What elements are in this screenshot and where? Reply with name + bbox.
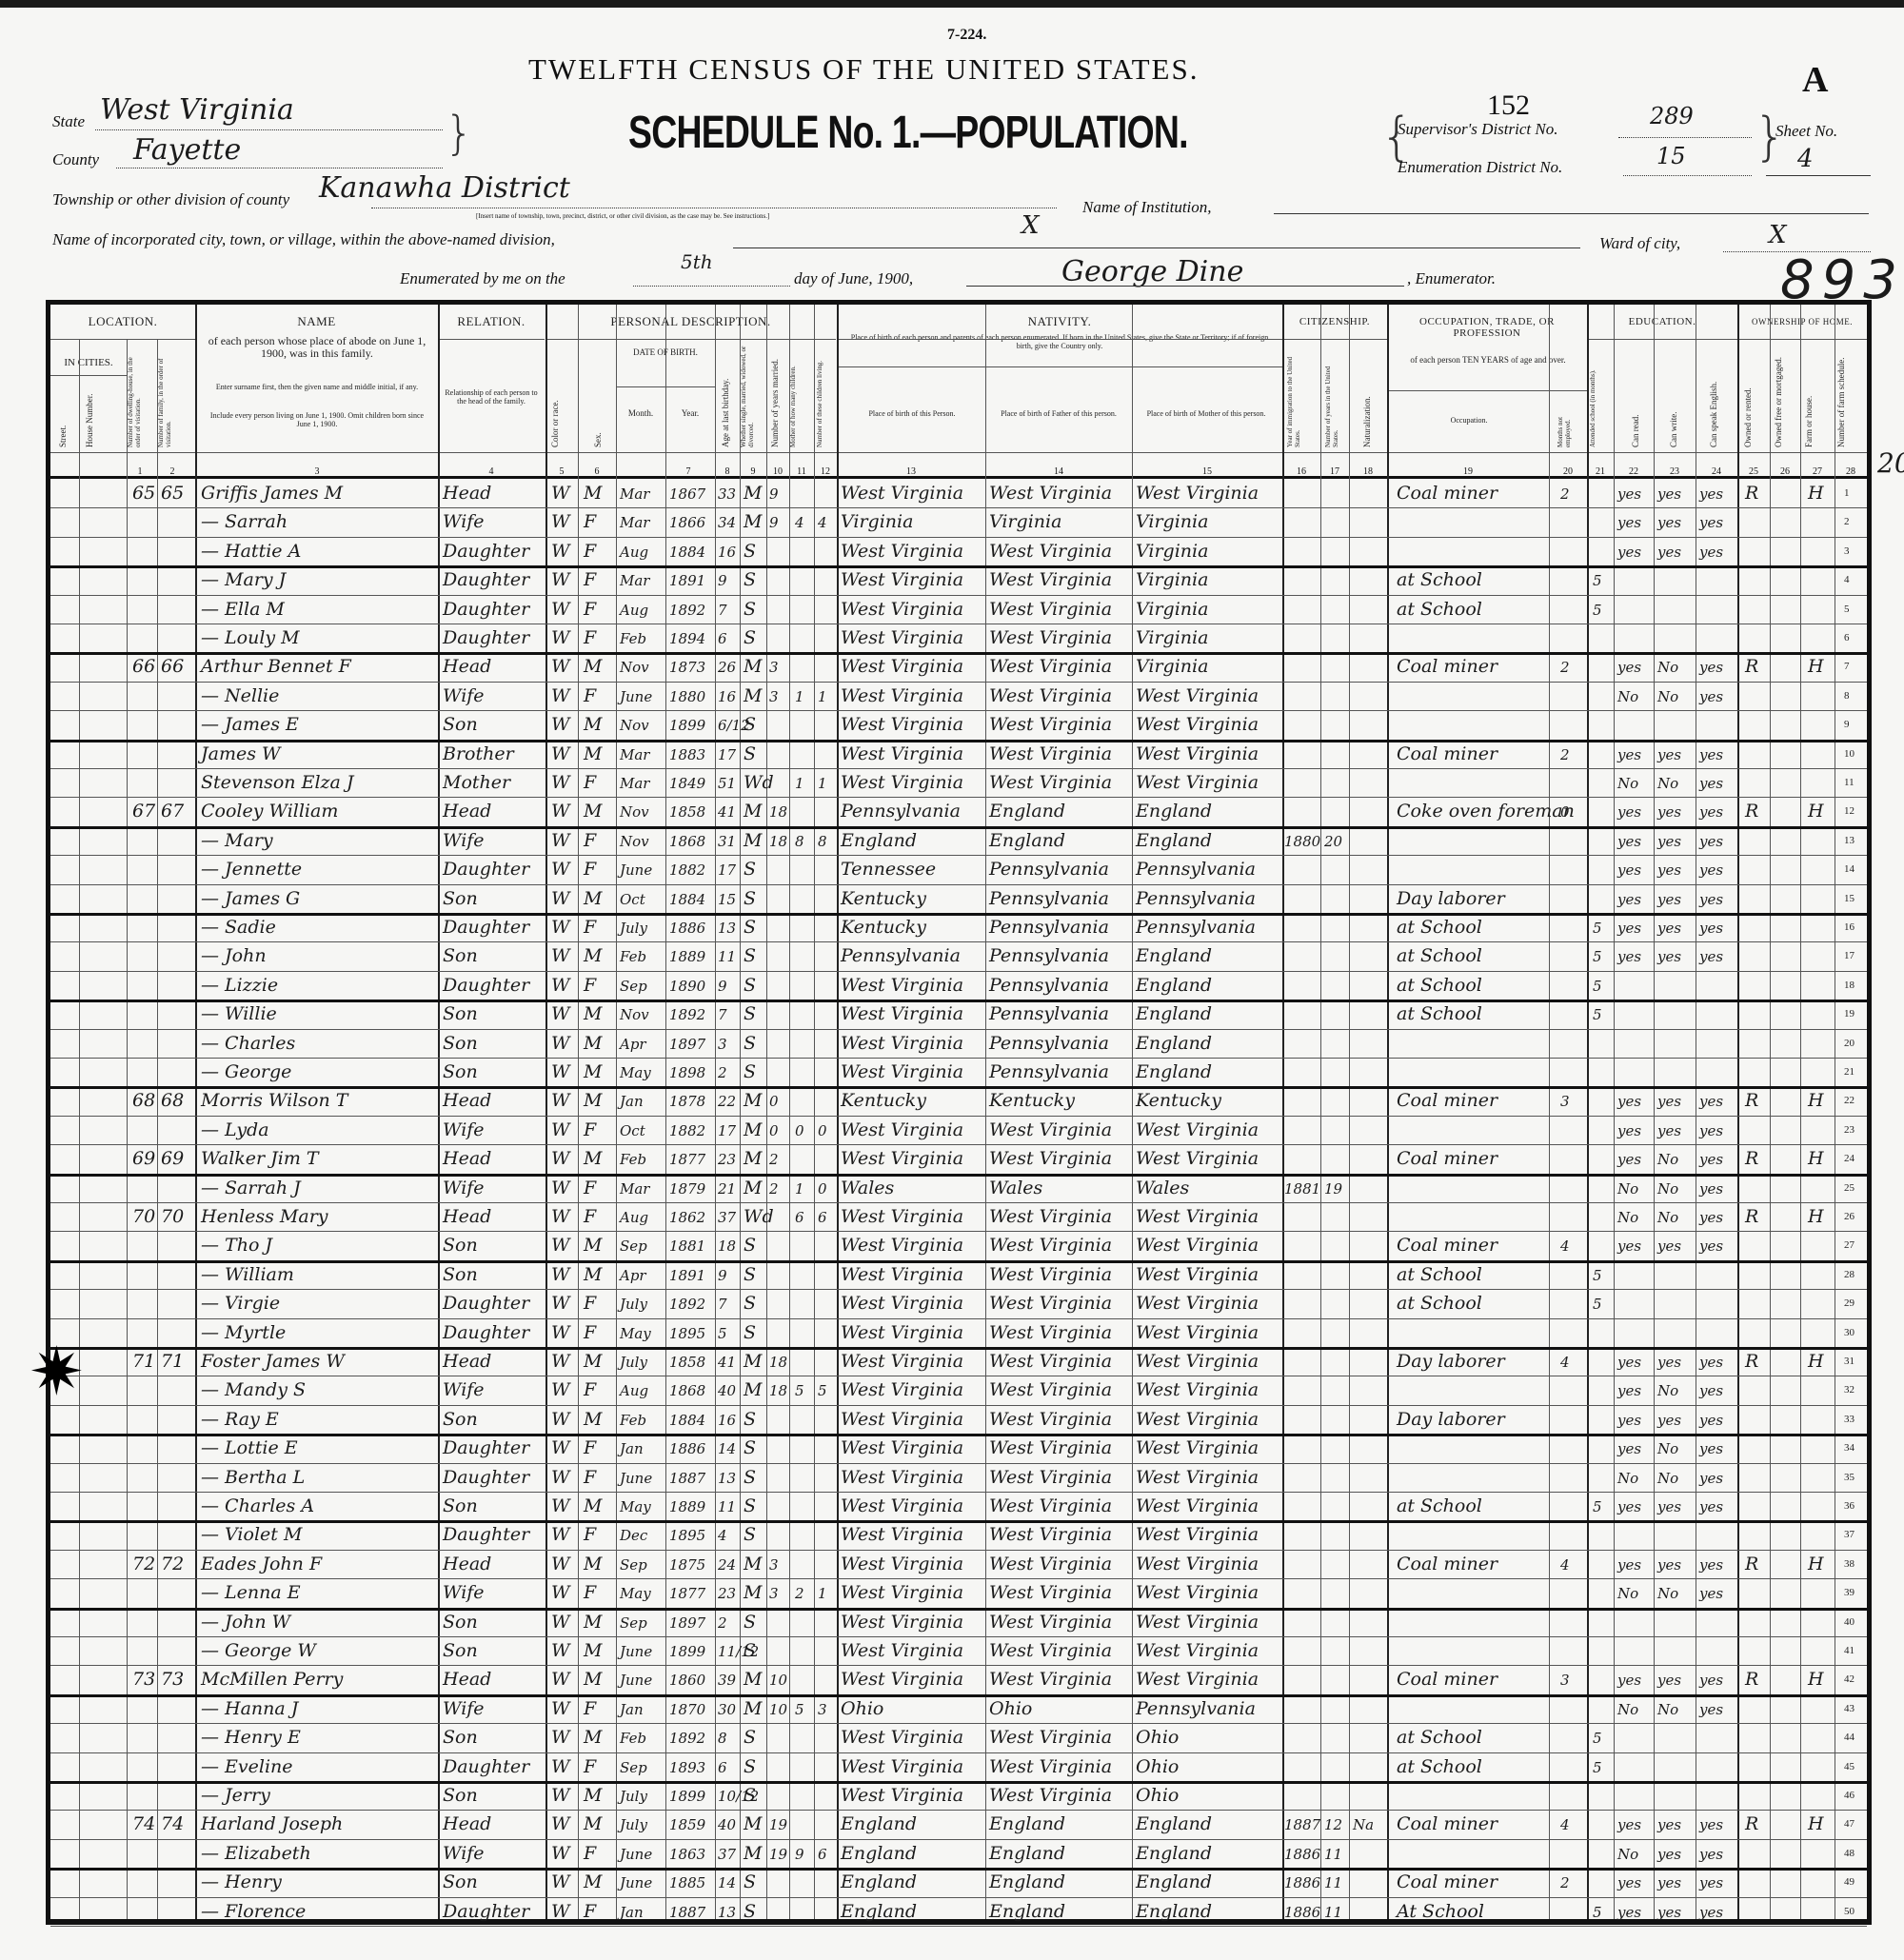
cell-age: 14 <box>718 1440 736 1457</box>
cell-color: W <box>551 859 570 880</box>
cell-sex: F <box>584 1901 596 1922</box>
cell-occ: At School <box>1397 1901 1484 1922</box>
cell-ym: 19 <box>769 1846 787 1863</box>
cell-mo: 1 <box>795 1180 804 1198</box>
cell-bf: Pennsylvania <box>989 1033 1109 1054</box>
cell-read: yes <box>1617 1440 1641 1457</box>
cell-yus: 20 <box>1324 833 1342 850</box>
cell-dw: 73 <box>132 1669 155 1690</box>
table-row: James WBrotherWMMar188317SWest VirginiaW… <box>50 740 1867 770</box>
cell-year: 1886 <box>669 1440 705 1457</box>
enumerator-name: George Dine <box>1061 255 1243 288</box>
cell-write: yes <box>1657 1556 1681 1574</box>
cell-ym: 2 <box>769 1180 779 1198</box>
cell-sex: M <box>584 1495 602 1516</box>
cell-name: — Charles <box>201 1033 295 1054</box>
cell-color: W <box>551 1409 570 1430</box>
line-number: 12 <box>1844 805 1854 817</box>
table-row: — Mandy SWifeWFAug186840M1855West Virgin… <box>50 1376 1867 1406</box>
header-mother-of: Mother of how many children. <box>789 343 808 447</box>
cell-color: W <box>551 1901 570 1922</box>
cell-color: W <box>551 801 570 822</box>
cell-name: — Mary J <box>201 569 286 590</box>
cell-month: June <box>620 1643 652 1660</box>
table-row: — EvelineDaughterWFSep18936SWest Virgini… <box>50 1752 1867 1783</box>
cell-farm: H <box>1808 1669 1824 1690</box>
line-number: 21 <box>1844 1066 1854 1078</box>
cell-own: R <box>1745 483 1758 504</box>
cell-rel: Daughter <box>443 1524 529 1545</box>
cell-mar: M <box>744 1843 762 1864</box>
cell-age: 33 <box>718 485 736 503</box>
cell-sch: 5 <box>1593 1904 1602 1921</box>
cell-occ: Coal miner <box>1397 1669 1497 1690</box>
cell-year: 1875 <box>669 1556 705 1574</box>
cell-month: Mar <box>620 1180 649 1198</box>
cell-age: 14 <box>718 1874 736 1891</box>
cell-fam: 71 <box>161 1351 184 1372</box>
column-number: 23 <box>1660 466 1689 477</box>
cell-bf: West Virginia <box>989 1264 1112 1285</box>
cell-eng: yes <box>1699 1412 1723 1429</box>
cell-rel: Wife <box>443 1582 485 1603</box>
cell-mar: S <box>744 1524 756 1545</box>
header-year: Year. <box>665 407 715 419</box>
cell-sex: M <box>584 1090 602 1111</box>
cell-bf: West Virginia <box>989 1206 1112 1227</box>
cell-month: Jan <box>620 1701 644 1718</box>
cell-bp: West Virginia <box>841 1582 963 1603</box>
table-row: — George WSonWMJune189911/12SWest Virgin… <box>50 1636 1867 1667</box>
cell-year: 1891 <box>669 1267 705 1284</box>
cell-color: W <box>551 1235 570 1256</box>
line-number: 22 <box>1844 1095 1854 1106</box>
cell-name: — Lottie E <box>201 1437 298 1458</box>
cell-bp: England <box>841 1843 917 1864</box>
cell-mar: M <box>744 1119 762 1140</box>
cell-color: W <box>551 1293 570 1314</box>
cell-sex: F <box>584 1524 596 1545</box>
line-number: 44 <box>1844 1732 1854 1743</box>
cell-color: W <box>551 1148 570 1169</box>
table-row: 7070Henless MaryHeadWFAug186237Wd66West … <box>50 1202 1867 1233</box>
cell-mar: M <box>744 1554 762 1574</box>
cell-name: — John <box>201 945 267 966</box>
cell-name: — Lyda <box>201 1119 269 1140</box>
cell-bm: West Virginia <box>1136 1495 1259 1516</box>
cell-year: 1879 <box>669 1180 705 1198</box>
state-line <box>95 129 443 130</box>
cell-sex: F <box>584 772 596 793</box>
cell-mar: S <box>744 1756 756 1777</box>
cell-write: yes <box>1657 861 1681 879</box>
cell-color: W <box>551 1871 570 1892</box>
enumerator-label: , Enumerator. <box>1407 269 1496 288</box>
cell-sex: M <box>584 743 602 764</box>
cell-bm: West Virginia <box>1136 1119 1259 1140</box>
cell-year: 1868 <box>669 1382 705 1399</box>
cell-year: 1885 <box>669 1874 705 1891</box>
table-row: 6868Morris Wilson THeadWMJan187822M0Kent… <box>50 1086 1867 1117</box>
supervisor-label: Supervisor's District No. <box>1398 120 1557 139</box>
column-number: 21 <box>1586 466 1615 477</box>
line-number: 19 <box>1844 1008 1854 1020</box>
header-family: Number of family, in the order of visita… <box>157 343 184 447</box>
schedule-title: SCHEDULE No. 1.—POPULATION. <box>628 107 1188 159</box>
cell-bp: West Virginia <box>841 1495 963 1516</box>
cell-read: yes <box>1617 891 1641 908</box>
cell-year: 1892 <box>669 1296 705 1313</box>
cell-farm: H <box>1808 1351 1824 1372</box>
cell-month: June <box>620 1470 652 1487</box>
cell-bp: Pennsylvania <box>841 945 961 966</box>
header-can-read: Can read. <box>1631 390 1640 447</box>
cell-year: 1870 <box>669 1701 705 1718</box>
cell-month: Jan <box>620 1904 644 1921</box>
cell-name: — Elizabeth <box>201 1843 311 1864</box>
cell-read: yes <box>1617 746 1641 763</box>
cell-sch: 5 <box>1593 1006 1602 1023</box>
cell-yus: 11 <box>1324 1846 1342 1863</box>
cell-bm: West Virginia <box>1136 1524 1259 1545</box>
cell-year: 1878 <box>669 1093 705 1110</box>
header-years-us: Number of years in the United States. <box>1324 347 1349 447</box>
cell-mar: M <box>744 1582 762 1603</box>
cell-bp: West Virginia <box>841 1756 963 1777</box>
cell-rel: Son <box>443 1235 478 1256</box>
cell-bp: West Virginia <box>841 1119 963 1140</box>
cell-occ: Coal miner <box>1397 743 1497 764</box>
table-row: — James GSonWMOct188415SKentuckyPennsylv… <box>50 884 1867 915</box>
cell-sex: F <box>584 1119 596 1140</box>
scan-edge <box>0 0 1904 8</box>
cell-bp: West Virginia <box>841 1785 963 1806</box>
cell-own: R <box>1745 1554 1758 1574</box>
cell-bp: Kentucky <box>841 917 926 938</box>
cell-year: 1895 <box>669 1527 705 1544</box>
header-citizenship: CITIZENSHIP. <box>1282 316 1387 327</box>
table-row: — MyrtleDaughterWFMay18955SWest Virginia… <box>50 1318 1867 1349</box>
cell-month: Oct <box>620 1122 645 1139</box>
cell-age: 26 <box>718 659 736 676</box>
cell-year: 1849 <box>669 775 705 792</box>
column-number: 27 <box>1803 466 1832 477</box>
table-row: — James ESonWMNov18996/12SWest VirginiaW… <box>50 710 1867 741</box>
cell-year: 1895 <box>669 1325 705 1342</box>
cell-bp: West Virginia <box>841 599 963 620</box>
header-relation-desc: Relationship of each person to the head … <box>441 388 542 406</box>
cell-sex: M <box>584 801 602 822</box>
cell-month: Nov <box>620 1006 649 1023</box>
cell-write: yes <box>1657 1904 1681 1921</box>
cell-unemp: 2 <box>1560 485 1570 503</box>
line-number: 5 <box>1844 604 1850 615</box>
line-number: 47 <box>1844 1818 1854 1830</box>
cell-unemp: 4 <box>1560 1816 1570 1833</box>
cell-year: 1884 <box>669 544 705 561</box>
cell-mo: 5 <box>795 1701 804 1718</box>
cell-eng: yes <box>1699 1093 1723 1110</box>
cell-color: W <box>551 656 570 677</box>
cell-name: — Willie <box>201 1003 277 1024</box>
cell-occ: Coal miner <box>1397 483 1497 504</box>
cell-sex: M <box>584 1264 602 1285</box>
cell-month: June <box>620 688 652 705</box>
cell-bf: England <box>989 1813 1065 1834</box>
line-number: 6 <box>1844 632 1850 643</box>
cell-mar: S <box>744 1495 756 1516</box>
cell-sex: F <box>584 511 596 532</box>
cell-month: Aug <box>620 544 648 561</box>
cell-color: W <box>551 1322 570 1343</box>
cell-read: No <box>1617 1846 1638 1863</box>
header-marital: Whether single, married, widowed, or div… <box>740 343 761 447</box>
table-row: — Bertha LDaughterWFJune188713SWest Virg… <box>50 1463 1867 1494</box>
township-value: Kanawha District <box>319 171 570 205</box>
column-number: 15 <box>1193 466 1221 477</box>
table-row: — SarrahWifeWFMar186634M944VirginiaVirgi… <box>50 507 1867 538</box>
cell-fam: 68 <box>161 1090 184 1111</box>
cell-sex: M <box>584 1727 602 1748</box>
cell-bm: England <box>1136 1813 1212 1834</box>
cell-age: 9 <box>718 1267 727 1284</box>
cell-bp: West Virginia <box>841 1322 963 1343</box>
cell-month: June <box>620 1846 652 1863</box>
table-row: — Charles ASonWMMay188911SWest VirginiaW… <box>50 1492 1867 1522</box>
cell-bp: Kentucky <box>841 888 926 909</box>
sheet-letter: A <box>1802 59 1828 101</box>
cell-name: — Sarrah <box>201 511 288 532</box>
cell-farm: H <box>1808 656 1824 677</box>
cell-farm: H <box>1808 801 1824 822</box>
cell-name: — Virgie <box>201 1293 280 1314</box>
table-row: — JohnSonWMFeb188911SPennsylvaniaPennsyl… <box>50 941 1867 972</box>
state-label: State <box>52 112 85 131</box>
cell-mo: 0 <box>795 1122 804 1139</box>
cell-mar: M <box>744 1090 762 1111</box>
cell-color: W <box>551 1090 570 1111</box>
cell-ch: 5 <box>818 1382 827 1399</box>
cell-year: 1897 <box>669 1036 705 1053</box>
cell-color: W <box>551 1351 570 1372</box>
cell-bf: West Virginia <box>989 1467 1112 1488</box>
cell-write: yes <box>1657 920 1681 937</box>
cell-fam: 72 <box>161 1554 184 1574</box>
cell-rel: Son <box>443 1640 478 1661</box>
cell-ch: 8 <box>818 833 827 850</box>
cell-sex: F <box>584 685 596 706</box>
cell-month: Sep <box>620 1759 647 1776</box>
cell-bp: England <box>841 1871 917 1892</box>
cell-rel: Head <box>443 656 491 677</box>
cell-color: W <box>551 1843 570 1864</box>
cell-sex: F <box>584 569 596 590</box>
cell-write: No <box>1657 1470 1678 1487</box>
cell-year: 1862 <box>669 1209 705 1226</box>
cell-bp: West Virginia <box>841 1061 963 1082</box>
cell-name: — Jerry <box>201 1785 270 1806</box>
header-months-unemployed: Months not employed. <box>1557 395 1581 447</box>
cell-yus: 12 <box>1324 1816 1342 1833</box>
cell-occ: at School <box>1397 569 1482 590</box>
cell-color: W <box>551 1813 570 1834</box>
cell-rel: Daughter <box>443 1901 529 1922</box>
cell-bm: West Virginia <box>1136 1409 1259 1430</box>
cell-bp: West Virginia <box>841 685 963 706</box>
cell-mar: S <box>744 1727 756 1748</box>
line-number: 26 <box>1844 1211 1854 1222</box>
cell-year: 1889 <box>669 1498 705 1515</box>
cell-write: No <box>1657 1180 1678 1198</box>
cell-bm: West Virginia <box>1136 1351 1259 1372</box>
cell-occ: Day laborer <box>1397 1409 1505 1430</box>
cell-name: — Bertha L <box>201 1467 305 1488</box>
header-name-desc: of each person whose place of abode on J… <box>208 335 426 360</box>
table-row: — HenrySonWMJune188514SEnglandEnglandEng… <box>50 1868 1867 1898</box>
cell-name: — Violet M <box>201 1524 302 1545</box>
cell-year: 1899 <box>669 717 705 734</box>
line-number: 18 <box>1844 980 1854 991</box>
table-row: — VirgieDaughterWFJuly18927SWest Virgini… <box>50 1289 1867 1319</box>
cell-eng: yes <box>1699 833 1723 850</box>
cell-unemp: 4 <box>1560 1237 1570 1255</box>
cell-name: — Charles A <box>201 1495 314 1516</box>
cell-name: — Sadie <box>201 917 276 938</box>
cell-unemp: 4 <box>1560 1556 1570 1574</box>
cell-write: No <box>1657 1701 1678 1718</box>
cell-rel: Head <box>443 1148 491 1169</box>
table-row: — JerrySonWMJuly189910/12SWest VirginiaW… <box>50 1781 1867 1812</box>
cell-bm: West Virginia <box>1136 1379 1259 1400</box>
cell-sex: M <box>584 656 602 677</box>
cell-age: 6 <box>718 630 727 647</box>
cell-bf: West Virginia <box>989 1640 1112 1661</box>
cell-age: 30 <box>718 1701 736 1718</box>
cell-bf: West Virginia <box>989 1379 1112 1400</box>
cell-age: 39 <box>718 1672 736 1689</box>
cell-bp: Virginia <box>841 511 913 532</box>
cell-unemp: 3 <box>1560 1672 1570 1689</box>
cell-age: 16 <box>718 544 736 561</box>
cell-bp: West Virginia <box>841 483 963 504</box>
header-dwelling: Number of dwelling-house, in the order o… <box>127 343 153 447</box>
cell-read: yes <box>1617 920 1641 937</box>
cell-own: R <box>1745 801 1758 822</box>
header-children-living: Number of these children living. <box>816 343 835 447</box>
cell-bp: Wales <box>841 1178 894 1198</box>
header-farm-house: Farm or house. <box>1804 362 1814 447</box>
header-attended-school: Attended school (in months). <box>1589 347 1614 447</box>
line-number: 32 <box>1844 1384 1854 1396</box>
cell-sex: F <box>584 1437 596 1458</box>
cell-month: Sep <box>620 1237 647 1255</box>
cell-age: 11 <box>718 1498 736 1515</box>
cell-occ: at School <box>1397 1756 1482 1777</box>
cell-sch: 5 <box>1593 572 1602 589</box>
cell-read: yes <box>1617 861 1641 879</box>
cell-bm: Kentucky <box>1136 1090 1221 1111</box>
cell-bp: West Virginia <box>841 569 963 590</box>
cell-bf: West Virginia <box>989 1235 1112 1256</box>
rule <box>50 339 195 340</box>
column-number: 7 <box>674 466 703 477</box>
cell-year: 1887 <box>669 1904 705 1921</box>
cell-age: 24 <box>718 1556 736 1574</box>
table-row: — Hattie ADaughterWFAug188416SWest Virgi… <box>50 537 1867 567</box>
cell-rel: Head <box>443 801 491 822</box>
cell-read: No <box>1617 1701 1638 1718</box>
day-of-june-label: day of June, 1900, <box>794 269 913 288</box>
cell-name: Cooley William <box>201 801 338 822</box>
cell-month: Feb <box>620 1412 646 1429</box>
cell-year: 1859 <box>669 1816 705 1833</box>
cell-rel: Daughter <box>443 599 529 620</box>
cell-bp: England <box>841 1901 917 1922</box>
cell-name: — John W <box>201 1612 290 1633</box>
cell-bf: West Virginia <box>989 714 1112 735</box>
line-number: 3 <box>1844 545 1850 557</box>
cell-rel: Head <box>443 483 491 504</box>
cell-write: yes <box>1657 514 1681 531</box>
cell-occ: Coal miner <box>1397 1148 1497 1169</box>
line-number: 2 <box>1844 516 1850 527</box>
cell-year: 1884 <box>669 1412 705 1429</box>
cell-eng: yes <box>1699 514 1723 531</box>
cell-bm: England <box>1136 945 1212 966</box>
cell-name: Harland Joseph <box>201 1813 343 1834</box>
cell-bp: West Virginia <box>841 975 963 996</box>
stamp-number: 152 <box>1487 89 1530 122</box>
cell-mo: 2 <box>795 1585 804 1602</box>
cell-eng: yes <box>1699 920 1723 937</box>
cell-bm: Virginia <box>1136 541 1208 562</box>
cell-mo: 4 <box>795 514 804 531</box>
table-row: 6666Arthur Bennet FHeadWMNov187326M3West… <box>50 652 1867 683</box>
county-label: County <box>52 150 99 169</box>
cell-occ: at School <box>1397 599 1482 620</box>
cell-bf: Wales <box>989 1178 1042 1198</box>
column-number: 24 <box>1702 466 1731 477</box>
cell-age: 9 <box>718 572 727 589</box>
cell-bm: Virginia <box>1136 599 1208 620</box>
cell-name: Eades John F <box>201 1554 322 1574</box>
cell-color: W <box>551 1554 570 1574</box>
cell-eng: yes <box>1699 1498 1723 1515</box>
enumeration-day: 5th <box>681 250 713 273</box>
cell-sch: 5 <box>1593 602 1602 619</box>
cell-color: W <box>551 1698 570 1719</box>
cell-eng: yes <box>1699 1354 1723 1371</box>
cell-rel: Wife <box>443 1379 485 1400</box>
cell-rel: Daughter <box>443 1756 529 1777</box>
cell-read: yes <box>1617 1354 1641 1371</box>
cell-ym: 19 <box>769 1816 787 1833</box>
cell-age: 40 <box>718 1816 736 1833</box>
cell-name: — George <box>201 1061 291 1082</box>
cell-age: 6 <box>718 1759 727 1776</box>
cell-bm: England <box>1136 830 1212 851</box>
cell-mar: S <box>744 1612 756 1633</box>
cell-color: W <box>551 1640 570 1661</box>
cell-occ: at School <box>1397 1264 1482 1285</box>
city-label: Name of incorporated city, town, or vill… <box>52 230 555 249</box>
column-number: 18 <box>1354 466 1382 477</box>
cell-color: W <box>551 1264 570 1285</box>
cell-bm: West Virginia <box>1136 1206 1259 1227</box>
cell-bp: Ohio <box>841 1698 883 1719</box>
cell-month: May <box>620 1325 651 1342</box>
cell-sex: F <box>584 830 596 851</box>
